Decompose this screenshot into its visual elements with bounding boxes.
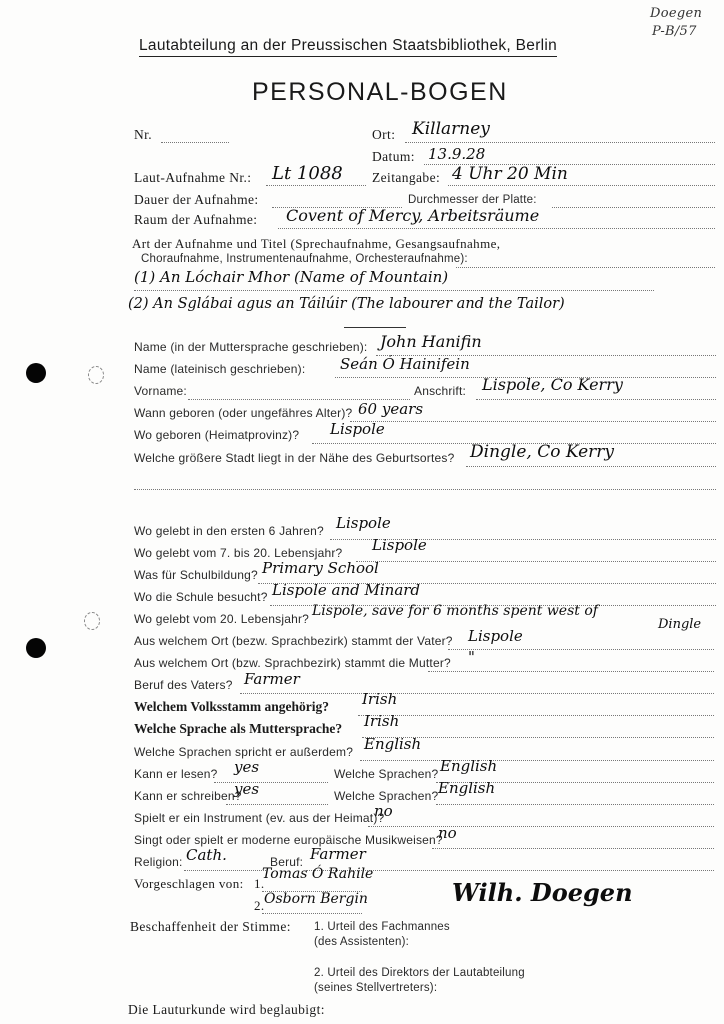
zeit-value: 4 Uhr 20 Min [452, 164, 568, 184]
lived-first-6-years-label: Wo gelebt in den ersten 6 Jahren? [134, 524, 324, 538]
other-languages-field[interactable] [360, 760, 714, 761]
director-signature: Wilh. Doegen [452, 878, 633, 907]
ort-value: Killarney [412, 119, 490, 139]
raum-label: Raum der Aufnahme: [134, 212, 257, 228]
ort-label: Ort: [372, 127, 395, 143]
lived-from-20-label: Wo gelebt vom 20. Lebensjahr? [134, 612, 309, 626]
lived-from-20-value: Lispole, save for 6 months spent west of [312, 603, 598, 619]
father-occupation-value: Farmer [244, 670, 300, 688]
can-write-field[interactable] [226, 804, 328, 805]
mother-origin-field[interactable] [428, 671, 714, 672]
expert-judgement-line1: 1. Urteil des Fachmannes [314, 921, 450, 933]
punch-ring-bottom [84, 612, 100, 630]
raum-field[interactable] [278, 228, 715, 229]
punch-ring-top [88, 366, 104, 384]
director-judgement-line2: (seines Stellvertreters): [314, 982, 437, 994]
recording-title-1: (1) An Lóchair Mhor (Name of Mountain) [134, 268, 448, 286]
schooling-value: Primary School [262, 559, 379, 577]
father-origin-field[interactable] [448, 649, 714, 650]
read-languages-value: English [440, 757, 497, 775]
write-languages-label: Welche Sprachen? [334, 789, 438, 803]
nr-label: Nr. [134, 127, 152, 143]
mother-tongue-value: Irish [364, 712, 399, 730]
birth-age-field[interactable] [350, 421, 716, 422]
certification-label: Die Lauturkunde wird beglaubigt: [128, 1002, 325, 1018]
lived-7-20-field[interactable] [356, 561, 716, 562]
expert-judgement-line2: (des Assistenten): [314, 936, 409, 948]
platte-field[interactable] [552, 207, 715, 208]
archive-note-line2: P-B/57 [652, 24, 697, 39]
mother-origin-value: " [468, 648, 475, 666]
nr-field[interactable] [161, 142, 229, 143]
name-latin-value: Seán Ó Hainifein [340, 355, 470, 373]
father-occupation-field[interactable] [240, 693, 714, 694]
archive-note-line1: Doegen [650, 6, 702, 21]
zeit-label: Zeitangabe: [372, 170, 440, 186]
proposer-2-number: 2. [254, 898, 265, 914]
name-mother-tongue-value: John Hanifin [380, 332, 482, 351]
section-divider [344, 327, 406, 328]
modern-music-label: Singt oder spielt er moderne europäische… [134, 833, 443, 847]
proposer-2-field[interactable] [262, 913, 362, 914]
ethnicity-label: Welchem Volksstamm angehörig? [134, 699, 329, 715]
anschrift-label: Anschrift: [414, 384, 466, 398]
mother-tongue-label: Welche Sprache als Muttersprache? [134, 721, 342, 737]
instrument-field[interactable] [368, 826, 714, 827]
lived-7-20-label: Wo gelebt vom 7. bis 20. Lebensjahr? [134, 546, 342, 560]
birthplace-label: Wo geboren (Heimatprovinz)? [134, 428, 299, 442]
other-languages-label: Welche Sprachen spricht er außerdem? [134, 745, 353, 759]
datum-label: Datum: [372, 149, 415, 165]
proposer-2-value: Osborn Bergin [264, 891, 368, 907]
write-languages-value: English [438, 779, 495, 797]
birth-age-value: 60 years [358, 400, 423, 418]
write-languages-field[interactable] [436, 804, 714, 805]
ort-field[interactable] [405, 142, 715, 143]
religion-label: Religion: [134, 855, 183, 869]
religion-value: Cath. [186, 846, 227, 864]
platte-label: Durchmesser der Platte: [408, 194, 537, 206]
art-label-line1: Art der Aufnahme und Titel (Sprechaufnah… [132, 236, 500, 252]
nearby-city-field-cont[interactable] [134, 489, 716, 490]
can-read-value: yes [234, 758, 259, 776]
birth-age-label: Wann geboren (oder ungefähres Alter)? [134, 406, 352, 420]
datum-value: 13.9.28 [428, 145, 485, 163]
can-read-field[interactable] [214, 782, 328, 783]
mother-origin-label: Aus welchem Ort (bzw. Sprachbezirk) stam… [134, 656, 451, 670]
page-title: PERSONAL-BOGEN [252, 78, 508, 107]
nearby-city-value: Dingle, Co Kerry [470, 442, 614, 462]
school-attended-value: Lispole and Minard [272, 581, 420, 599]
lived-first-6-years-value: Lispole [336, 514, 391, 532]
director-judgement-line1: 2. Urteil des Direktors der Lautabteilun… [314, 967, 525, 979]
lived-from-20-value-cont: Dingle [658, 617, 701, 632]
lived-7-20-value: Lispole [372, 536, 427, 554]
nearby-city-field[interactable] [466, 466, 716, 467]
father-occupation-label: Beruf des Vaters? [134, 678, 233, 692]
name-mother-tongue-label: Name (in der Muttersprache geschrieben): [134, 340, 367, 354]
modern-music-field[interactable] [432, 848, 714, 849]
can-write-value: yes [234, 780, 259, 798]
recording-title-2: (2) An Sglábai agus an Táilúir (The labo… [128, 296, 565, 312]
anschrift-field[interactable] [476, 399, 716, 400]
school-attended-label: Wo die Schule besucht? [134, 590, 268, 604]
read-languages-label: Welche Sprachen? [334, 767, 438, 781]
father-origin-label: Aus welchem Ort (bezw. Sprachbezirk) sta… [134, 634, 453, 648]
occupation-value: Farmer [310, 845, 366, 863]
ethnicity-field[interactable] [358, 715, 714, 716]
nearby-city-label: Welche größere Stadt liegt in der Nähe d… [134, 451, 454, 465]
laut-nr-field[interactable] [266, 185, 366, 186]
proposed-by-label: Vorgeschlagen von: [134, 876, 244, 892]
proposer-1-value: Tomas Ó Rahile [262, 866, 373, 882]
name-latin-label: Name (lateinisch geschrieben): [134, 362, 305, 376]
other-languages-value: English [364, 735, 421, 753]
art-label-line2: Choraufnahme, Instrumentenaufnahme, Orch… [141, 253, 468, 265]
anschrift-value: Lispole, Co Kerry [482, 375, 623, 394]
voice-quality-label: Beschaffenheit der Stimme: [130, 919, 291, 935]
punch-hole-bottom [26, 638, 46, 658]
religion-field[interactable] [184, 870, 266, 871]
modern-music-value: no [438, 824, 457, 842]
raum-value: Covent of Mercy, Arbeitsräume [286, 206, 539, 225]
zeit-field[interactable] [448, 185, 715, 186]
can-write-label: Kann er schreiben? [134, 789, 242, 803]
laut-nr-label: Laut-Aufnahme Nr.: [134, 170, 251, 186]
art-field[interactable] [456, 267, 715, 268]
dauer-label: Dauer der Aufnahme: [134, 192, 259, 208]
father-origin-value: Lispole [468, 627, 523, 645]
punch-hole-top [26, 363, 46, 383]
ethnicity-value: Irish [362, 690, 397, 708]
instrument-value: no [374, 802, 393, 820]
title-1-line [134, 290, 654, 291]
instrument-label: Spielt er ein Instrument (ev. aus der He… [134, 811, 384, 825]
laut-nr-value: Lt 1088 [272, 163, 343, 184]
schooling-label: Was für Schulbildung? [134, 568, 258, 582]
institution-header: Lautabteilung an der Preussischen Staats… [139, 37, 557, 57]
birthplace-value: Lispole [330, 420, 385, 438]
vorname-label: Vorname: [134, 384, 187, 398]
can-read-label: Kann er lesen? [134, 767, 218, 781]
